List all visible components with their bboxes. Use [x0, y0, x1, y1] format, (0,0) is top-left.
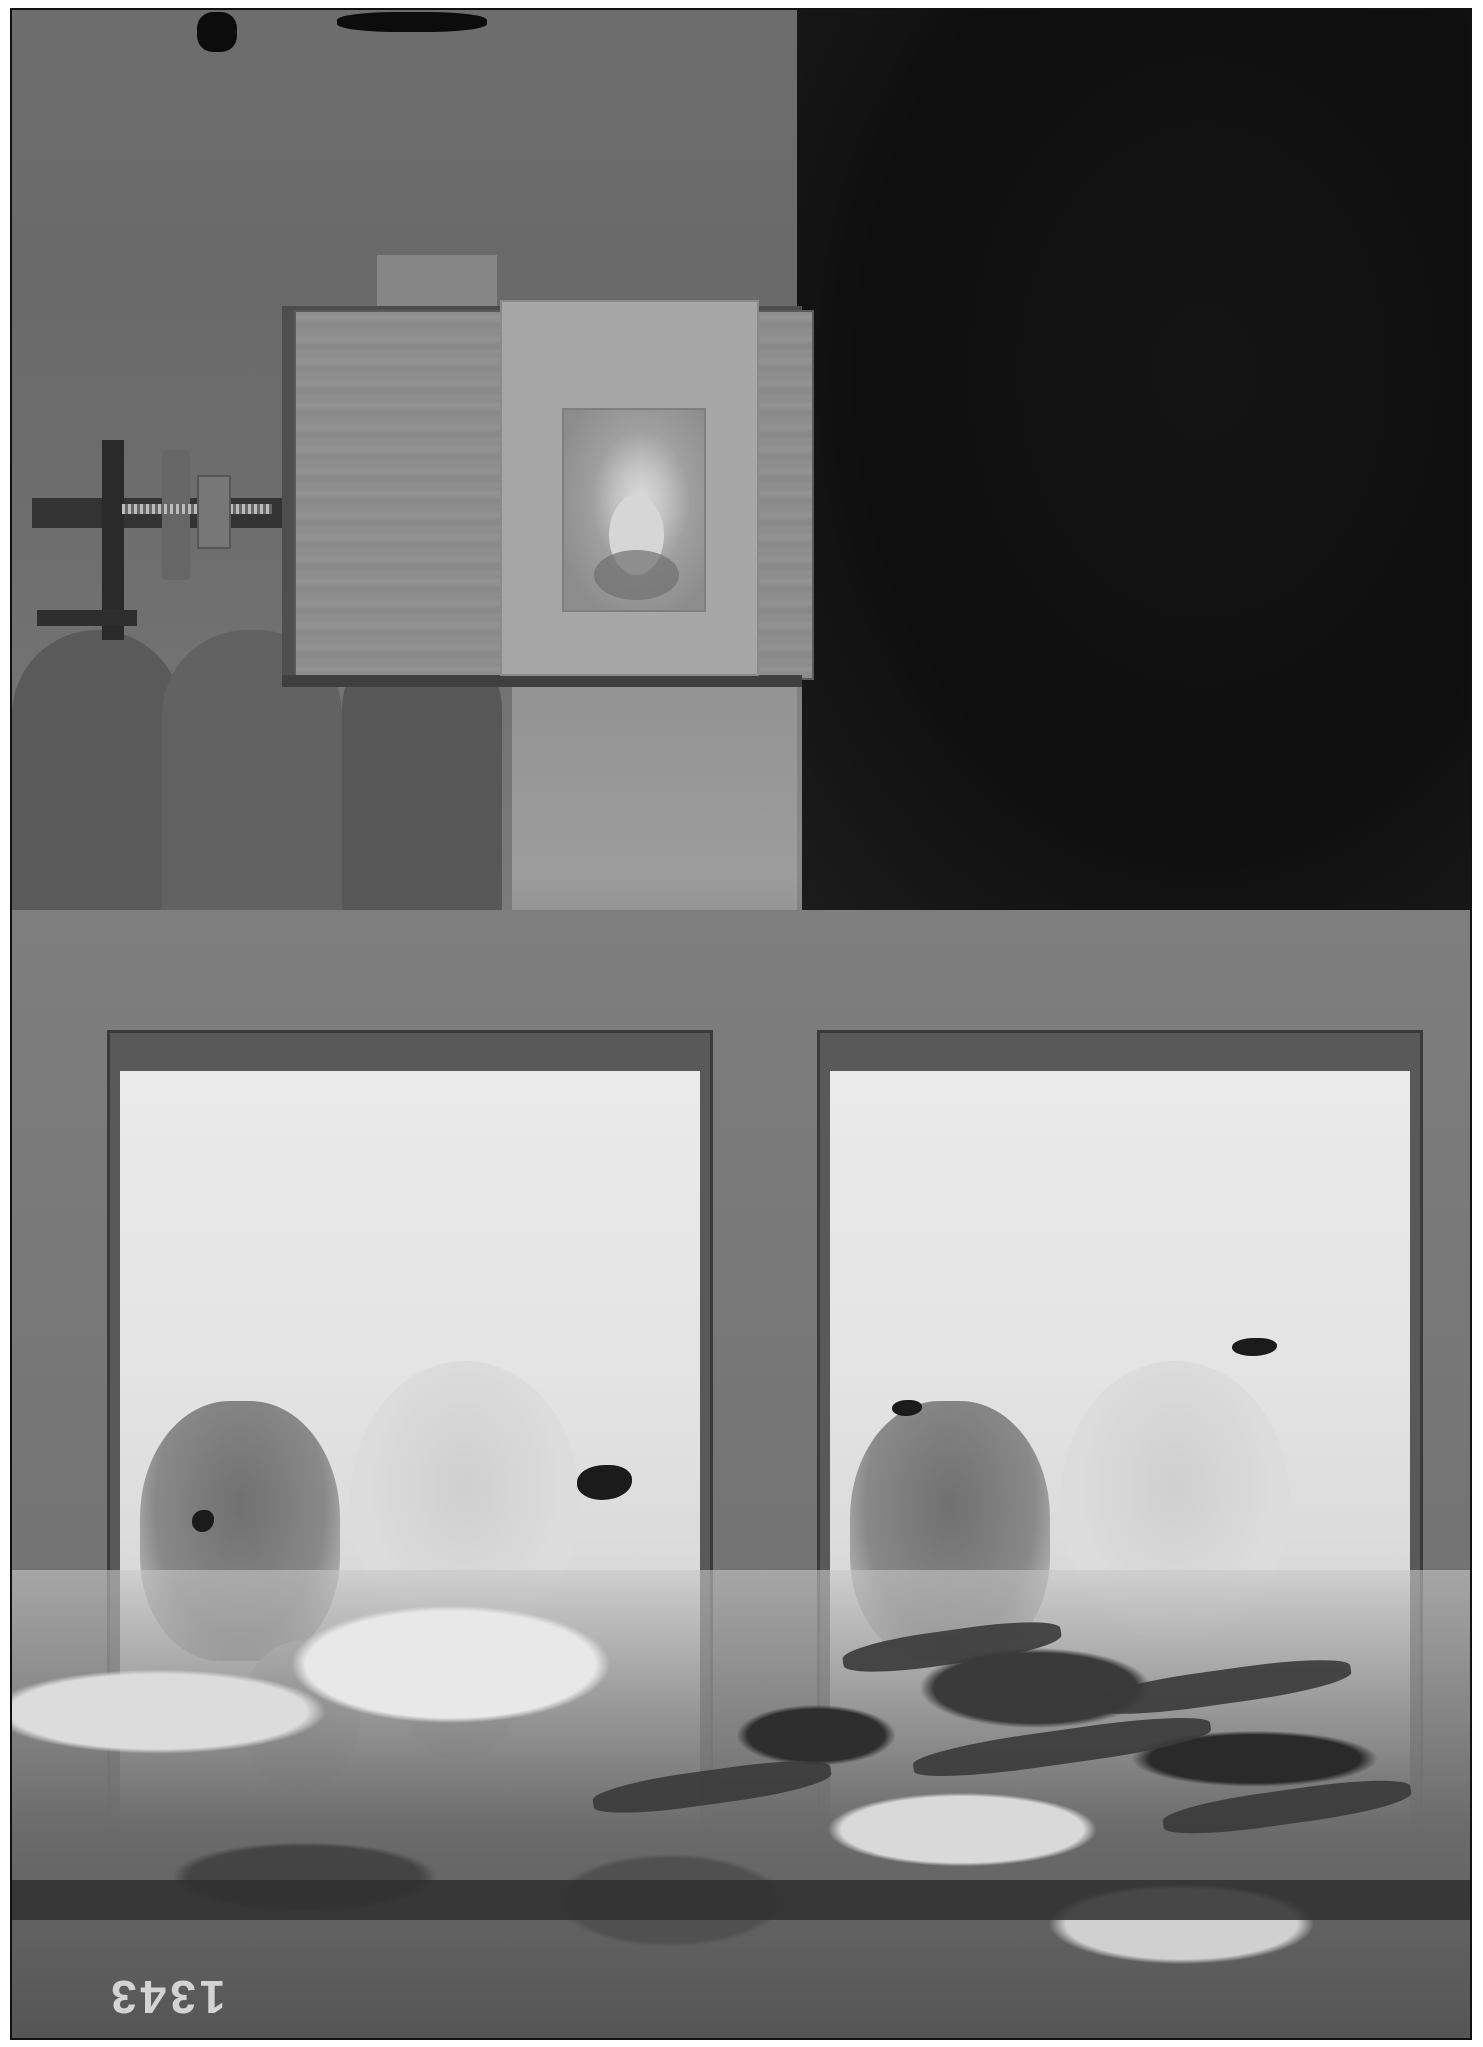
clamp-plate [162, 450, 190, 580]
top-edge-spot [337, 12, 487, 32]
dark-rectangle-region [797, 10, 1472, 915]
arch [12, 630, 182, 910]
plate-bottom-band [12, 1880, 1472, 1920]
glass-plate-negative: 1343 [10, 8, 1472, 2040]
handwritten-plate-number: 1343 [107, 1970, 225, 2024]
top-edge-spot [197, 12, 237, 52]
portrait-hair [594, 550, 679, 600]
mounted-portrait [564, 410, 704, 610]
box-edge-bottom [282, 675, 802, 687]
clamp-block [197, 475, 231, 549]
clamp-foot [37, 610, 137, 626]
